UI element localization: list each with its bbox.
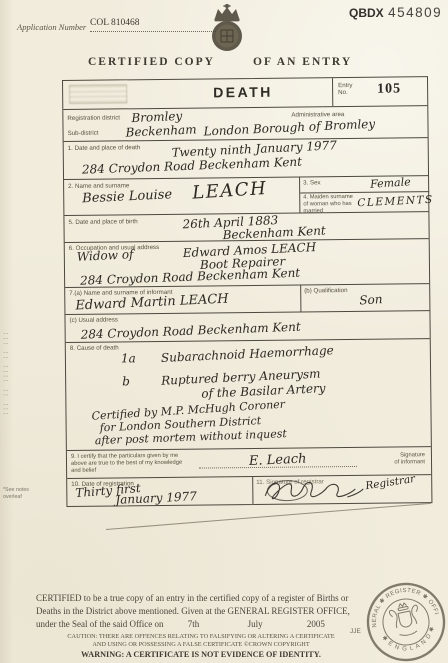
informant-row: 7.(a) Name and surname of informant Edwa… (65, 283, 429, 314)
sex-label: 3. Sex (303, 179, 321, 187)
cause-line1-prefix: 1a (121, 351, 136, 365)
seal-date-year: 2005 (307, 618, 325, 631)
seal-date-day: 7th (188, 618, 200, 631)
maiden-surname-value: CLEMENTS (357, 194, 434, 209)
certify-row: 9. I certify that the particulars given … (67, 446, 431, 478)
date-place-of-death-label: 1. Date and place of death (68, 144, 141, 152)
sub-district-value: Beckenham (125, 122, 197, 139)
margin-vertical-marks: ¦¦¦ ¦¦ ¦¦¦¦ ¦¦ ¦¦¦ (4, 330, 9, 415)
page-edge-line (106, 503, 431, 530)
cause-of-death-label: 8. Cause of death (70, 344, 119, 352)
seal-ring-bottom-text: ✱ E N G L A N D ✱ (380, 624, 441, 658)
certified-copy-line1: CERTIFIED to be a true copy of an entry … (36, 592, 366, 605)
seal-date-month: July (248, 618, 263, 631)
date-of-registration-cell: 10. Date of registration Thirty first Ja… (67, 477, 252, 507)
see-notes-line1: *See notes (3, 487, 29, 494)
entry-no-cell: Entry No. 105 (332, 77, 427, 106)
name-sex-maiden-row: 2. Name and surname Bessie Louise LEACH … (64, 175, 428, 215)
caution-line2: AND USING OR POSSESSING A FALSE CERTIFIC… (36, 641, 366, 649)
cause-line1-text: Subarachnoid Haemorrhage (161, 343, 334, 365)
crown-emblem-icon (205, 4, 249, 54)
certify-label: 9. I certify that the particulars given … (71, 453, 191, 476)
date-place-of-birth-row: 5. Date and place of birth 26th April 18… (64, 211, 428, 242)
serial-number: 454809 (388, 5, 442, 20)
date-place-of-birth-label: 5. Date and place of birth (68, 218, 137, 226)
informant-address-row: (c) Usual address 284 Croydon Road Becke… (65, 310, 429, 342)
warning-line: WARNING: A CERTIFICATE IS NOT EVIDENCE O… (36, 650, 366, 659)
application-number-label: Application Number (17, 22, 86, 32)
registration-district-label: Registration district (67, 114, 120, 122)
see-notes-line2: overleaf (3, 494, 29, 501)
surname-value: LEACH (192, 178, 268, 204)
register-entry-form: DEATH Entry No. 105 Registration distric… (62, 76, 432, 507)
clerk-initials: JJE (350, 628, 361, 635)
cause-line2-prefix: b (122, 374, 130, 388)
form-title: DEATH (213, 84, 273, 101)
place-of-death-value: 284 Croydon Road Beckenham Kent (82, 155, 302, 177)
serial-prefix: QBDX (349, 6, 384, 20)
occupation-widow-of: Widow of (77, 247, 134, 264)
maiden-surname-cell: 4. Maiden surname of woman who has marri… (300, 192, 429, 213)
administrative-area-value: London Borough of Bromley (203, 117, 375, 139)
certificate-scan: Application Number COL 810468 QBDX 45480… (0, 0, 448, 663)
faint-stamp (69, 84, 127, 104)
qualification-label: (b) Qualification (304, 287, 347, 295)
sex-maiden-cell: 3. Sex Female 4. Maiden surname of woman… (299, 176, 428, 212)
date-of-registration-line2: January 1977 (115, 489, 197, 507)
informant-address-label: (c) Usual address (69, 316, 118, 324)
sex-value: Female (370, 175, 411, 191)
date-place-of-death-row: 1. Date and place of death Twenty ninth … (64, 137, 428, 179)
qualification-value: Son (359, 292, 383, 307)
name-surname-cell: 2. Name and surname Bessie Louise LEACH (64, 178, 299, 216)
informant-name-cell: 7.(a) Name and surname of informant Edwa… (65, 286, 300, 315)
informant-signature: E. Leach (249, 451, 307, 469)
entry-no-label-2: No. (338, 89, 348, 97)
informant-signature-line: E. Leach (199, 450, 357, 469)
certificate-title-right: OF AN ENTRY (253, 56, 352, 68)
sex-cell: 3. Sex Female (300, 176, 429, 193)
form-header-row: DEATH Entry No. 105 (63, 77, 427, 109)
registration-row: 10. Date of registration Thirty first Ja… (67, 474, 431, 506)
sub-district-label: Sub-district (68, 130, 99, 138)
certified-copy-line3: under the Seal of the said Office on (36, 619, 164, 629)
signature-of-label-2: of informant (367, 459, 425, 467)
registrar-annotation: Registrar (365, 473, 416, 492)
occupation-address-row: 6. Occupation and usual address Widow of… (65, 238, 429, 287)
application-number-value: COL 810468 (90, 18, 220, 32)
registrar-signature-scrawl (259, 477, 369, 504)
qualification-cell: (b) Qualification Son (300, 284, 429, 311)
registrar-signature-cell: 11. Signature of registrar Registrar (252, 475, 431, 504)
gro-seal: ✱ GENERAL ✱ REGISTER ✱ OFFICE ✱ ✱ E N G … (364, 580, 448, 663)
certificate-title-left: CERTIFIED COPY (88, 56, 215, 68)
caution-line1: CAUTION: THERE ARE OFFENCES RELATING TO … (36, 633, 366, 641)
entry-no-value: 105 (377, 81, 401, 97)
cause-of-death-row: 8. Cause of death 1a Subarachnoid Haemor… (66, 338, 431, 450)
svg-text:✱ E N G L A N D ✱: ✱ E N G L A N D ✱ (380, 624, 441, 658)
district-row: Registration district Bromley Sub-distri… (63, 105, 427, 141)
given-names-value: Bessie Louise (82, 187, 173, 206)
certified-copy-line2: Deaths in the District above mentioned. … (36, 605, 366, 618)
